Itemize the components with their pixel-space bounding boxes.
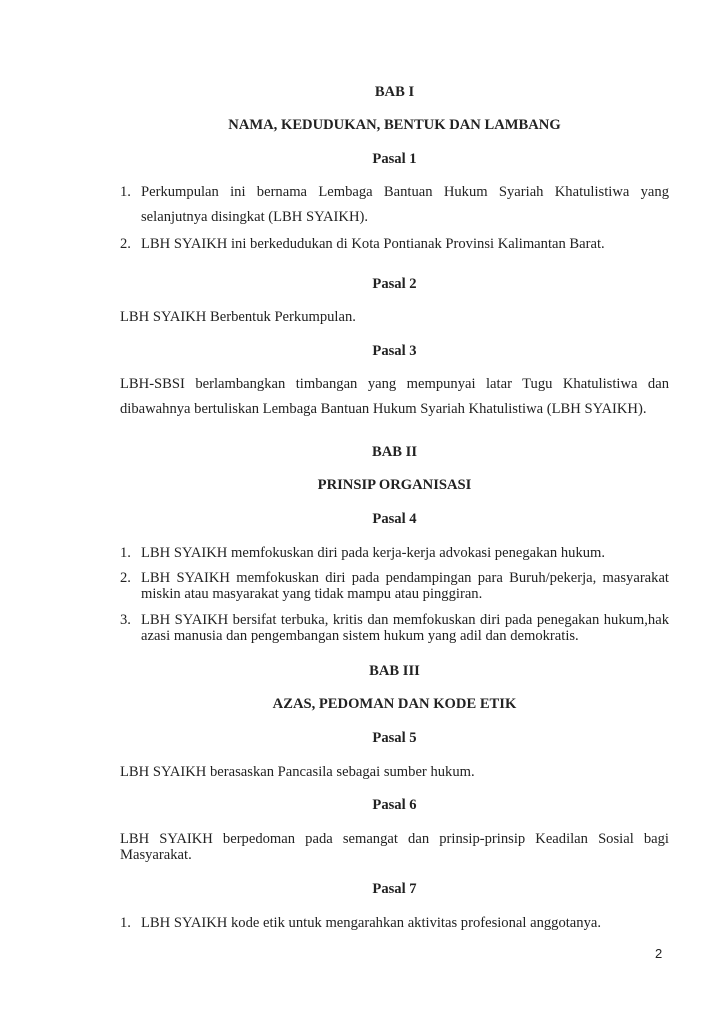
chapter-subtitle-bab-2: PRINSIP ORGANISASI <box>120 477 669 494</box>
chapter-title-bab-3: BAB III <box>120 663 669 680</box>
list-number: 2. <box>120 236 138 252</box>
list-item: 3. LBH SYAIKH bersifat terbuka, kritis d… <box>120 612 669 644</box>
list-text: Perkumpulan ini bernama Lembaga Bantuan … <box>141 180 669 230</box>
article-text-pasal-6: LBH SYAIKH berpedoman pada semangat dan … <box>120 831 669 863</box>
list-item: 1. LBH SYAIKH memfokuskan diri pada kerj… <box>120 545 669 561</box>
chapter-subtitle-bab-3: AZAS, PEDOMAN DAN KODE ETIK <box>120 696 669 713</box>
list-text: LBH SYAIKH bersifat terbuka, kritis dan … <box>141 612 669 644</box>
article-title-pasal-4: Pasal 4 <box>120 511 669 528</box>
list-number: 1. <box>120 545 138 561</box>
list-text: LBH SYAIKH kode etik untuk mengarahkan a… <box>141 915 669 931</box>
article-text-pasal-5: LBH SYAIKH berasaskan Pancasila sebagai … <box>120 764 669 780</box>
article-text-pasal-2: LBH SYAIKH Berbentuk Perkumpulan. <box>120 309 669 325</box>
document-page: BAB I NAMA, KEDUDUKAN, BENTUK DAN LAMBAN… <box>0 0 724 1023</box>
list-text: LBH SYAIKH memfokuskan diri pada kerja-k… <box>141 545 669 561</box>
article-title-pasal-5: Pasal 5 <box>120 730 669 747</box>
chapter-title-bab-2: BAB II <box>120 444 669 461</box>
article-title-pasal-6: Pasal 6 <box>120 797 669 814</box>
list-item: 1. LBH SYAIKH kode etik untuk mengarahka… <box>120 915 669 931</box>
list-item: 2. LBH SYAIKH ini berkedudukan di Kota P… <box>120 236 669 252</box>
chapter-title-bab-1: BAB I <box>120 84 669 101</box>
chapter-subtitle-bab-1: NAMA, KEDUDUKAN, BENTUK DAN LAMBANG <box>120 117 669 134</box>
list-number: 3. <box>120 612 138 628</box>
list-item: 2. LBH SYAIKH memfokuskan diri pada pend… <box>120 570 669 602</box>
list-number: 1. <box>120 915 138 931</box>
article-title-pasal-2: Pasal 2 <box>120 276 669 293</box>
list-text: LBH SYAIKH ini berkedudukan di Kota Pont… <box>141 236 669 252</box>
list-number: 2. <box>120 570 138 586</box>
list-item: 1. Perkumpulan ini bernama Lembaga Bantu… <box>120 180 669 230</box>
article-title-pasal-3: Pasal 3 <box>120 343 669 360</box>
article-title-pasal-1: Pasal 1 <box>120 151 669 168</box>
page-number: 2 <box>655 946 662 961</box>
article-title-pasal-7: Pasal 7 <box>120 881 669 898</box>
list-number: 1. <box>120 180 138 205</box>
list-text: LBH SYAIKH memfokuskan diri pada pendamp… <box>141 570 669 602</box>
article-text-pasal-3: LBH-SBSI berlambangkan timbangan yang me… <box>120 372 669 422</box>
